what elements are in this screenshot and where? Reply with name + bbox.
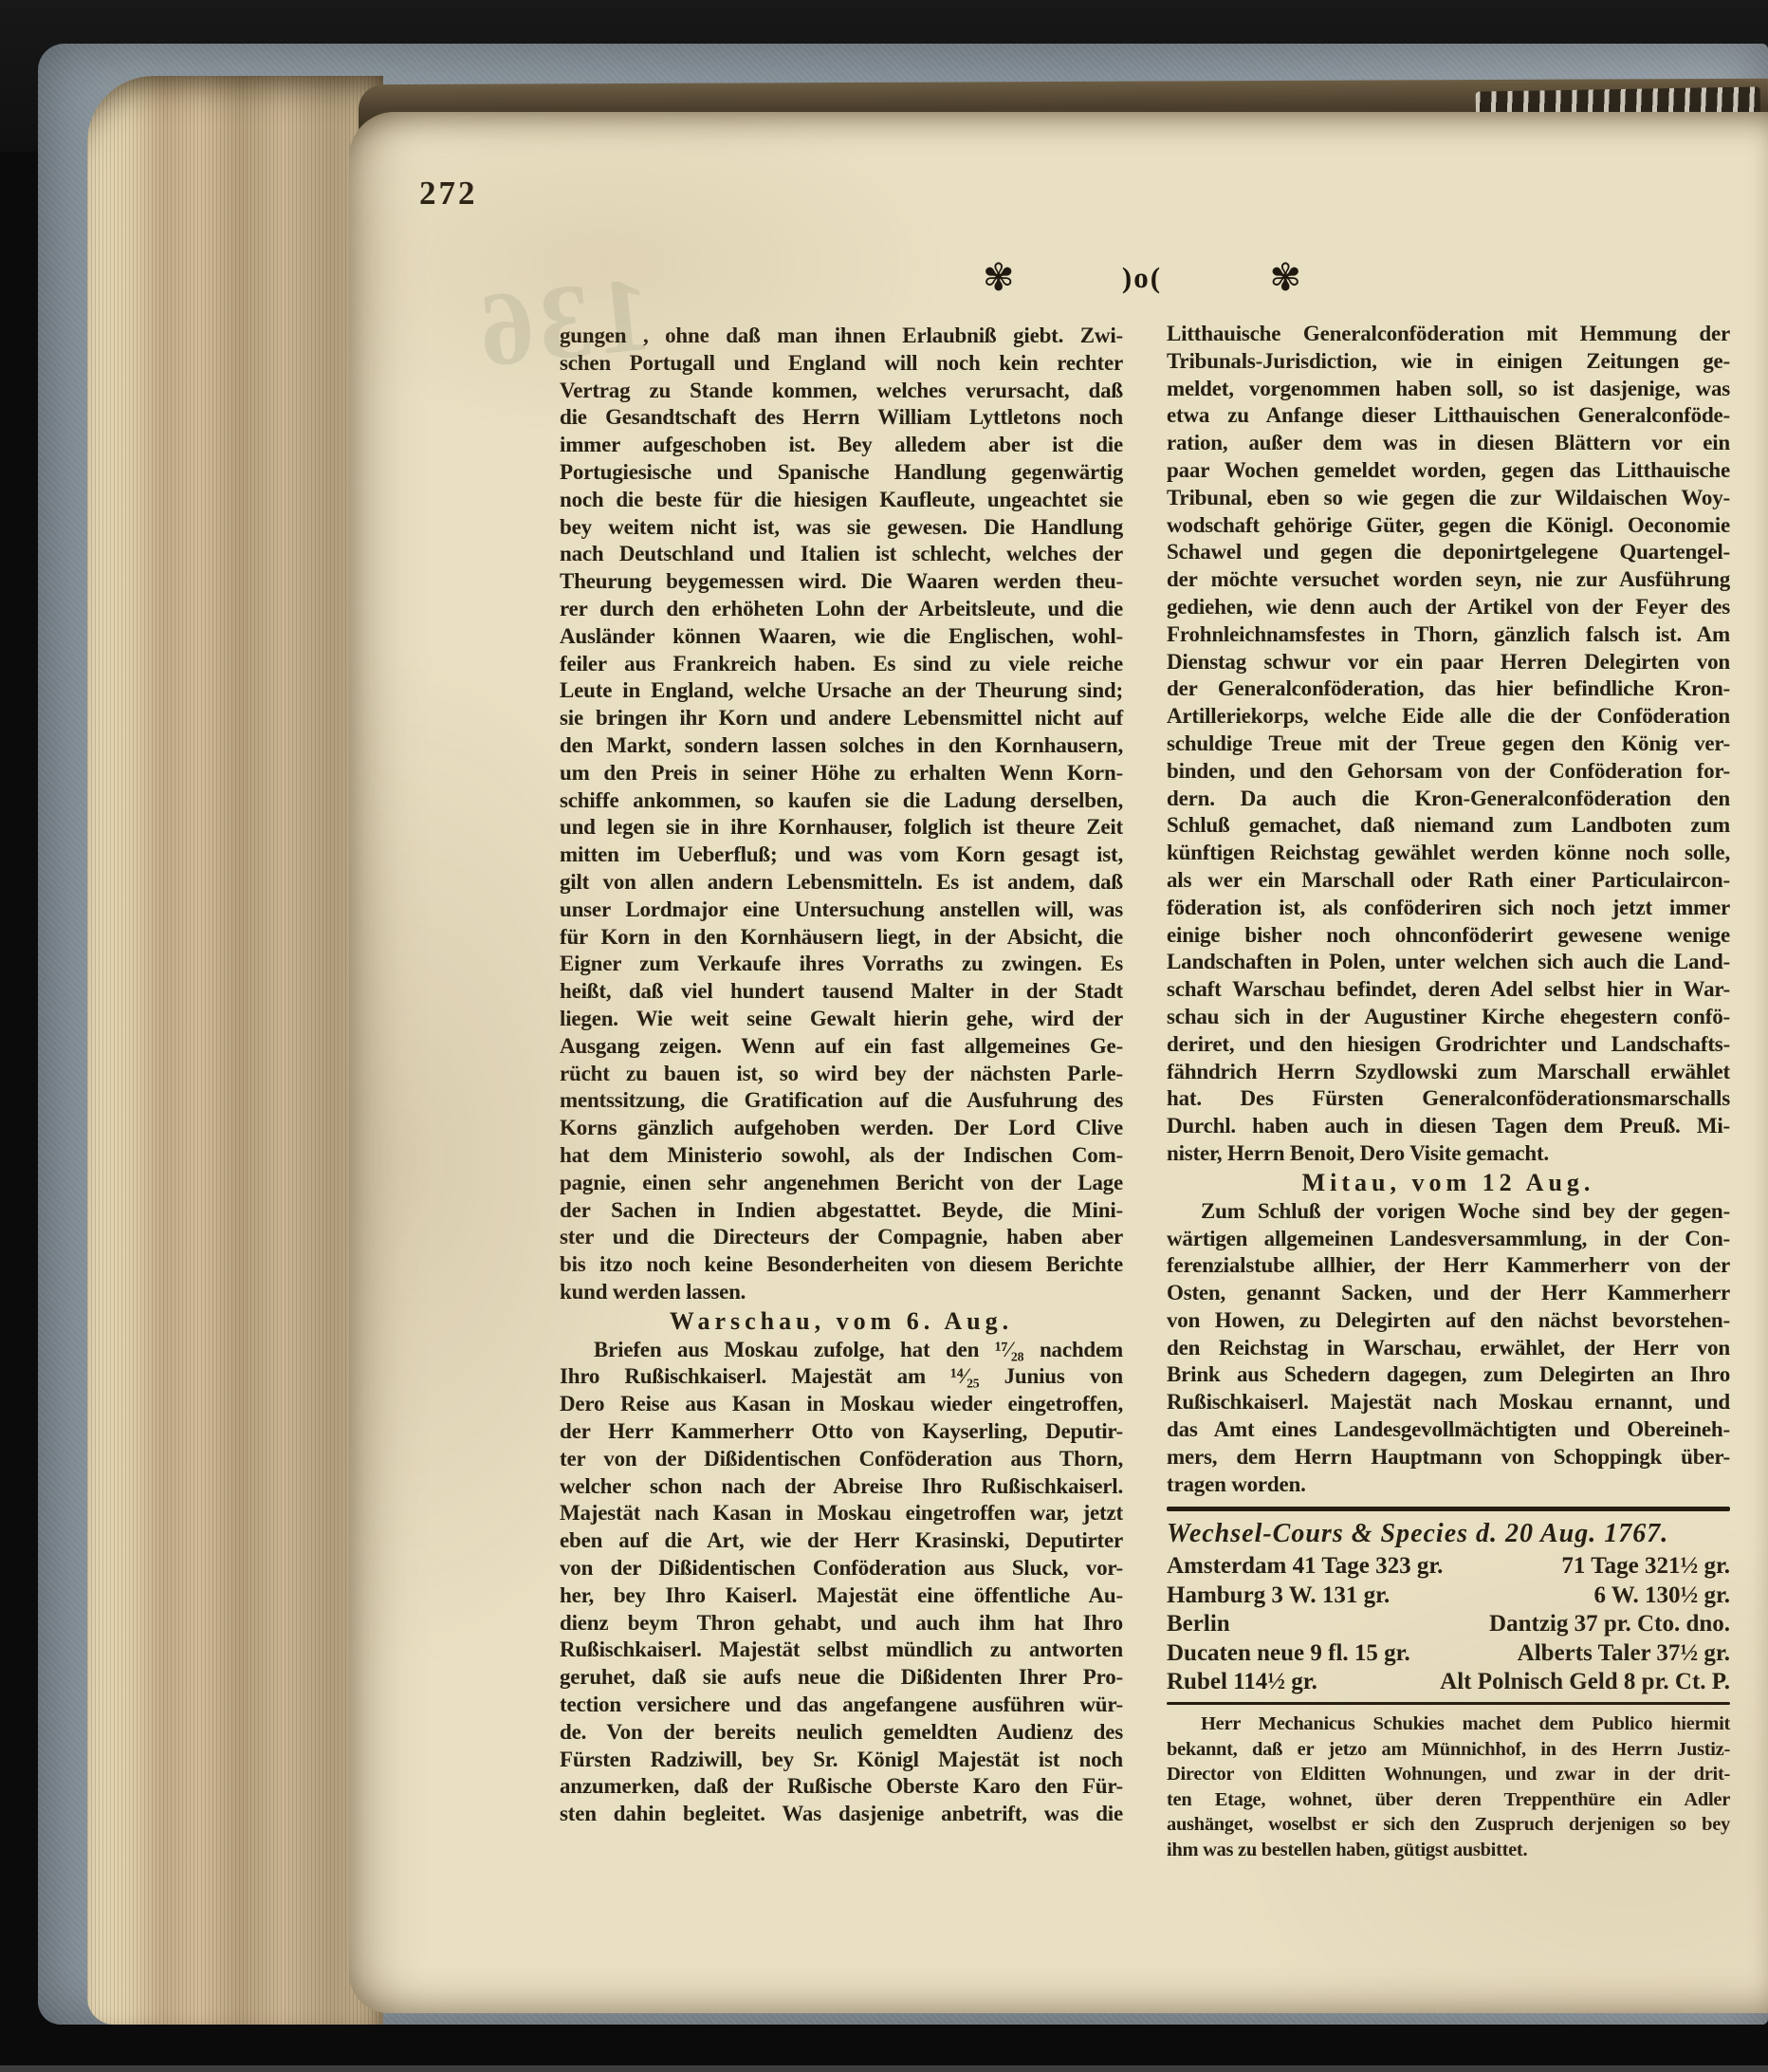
text-line: noch die beste für die hiesigen Kaufleut…: [560, 487, 1123, 514]
exchange-right: 71 Tage 321½ gr.: [1561, 1552, 1730, 1582]
book-photo: 136 272 ✾ )o( ✾ gungen , ohne daß man ih…: [0, 0, 1768, 2072]
left-column: gungen , ohne daß man ihnen Erlaubniß gi…: [560, 323, 1123, 1828]
exchange-header: Wechsel-Cours & Species d. 20 Aug. 1767.: [1167, 1516, 1730, 1552]
text-line: nach Deutschland und Italien ist schlech…: [560, 541, 1123, 568]
text-line: Fürsten Radziwill, bey Sr. Königl Majest…: [560, 1747, 1123, 1774]
exchange-row: Hamburg 3 W. 131 gr.6 W. 130½ gr.: [1167, 1582, 1730, 1611]
scan-edge: [0, 2065, 1768, 2072]
text-line: paar Wochen gemeldet worden, gegen das L…: [1167, 457, 1730, 485]
divider-rule: [1167, 1507, 1730, 1511]
text-line: sie bringen ihr Korn und andere Lebensmi…: [560, 705, 1123, 732]
text-line: rücht zu bauen ist, so wird bey der näch…: [560, 1061, 1123, 1088]
text-line: Rußischkaiserl. Majestät nach Moskau ern…: [1167, 1389, 1730, 1416]
text-line: hat. Des Fürsten Generalconföderationsma…: [1167, 1085, 1730, 1113]
text-line: mentssitzung, die Gratification auf die …: [560, 1087, 1123, 1115]
text-line: Litthauische Generalconföderation mit He…: [1167, 321, 1730, 348]
text-line: heißt, daß viel hundert tausend Malter i…: [560, 978, 1123, 1006]
text-line: etwa zu Anfange dieser Litthauischen Gen…: [1167, 402, 1730, 430]
text-line: Korns gänzlich aufgehoben werden. Der Lo…: [560, 1115, 1123, 1142]
text-line: binden, und den Gehorsam von der Conföde…: [1167, 758, 1730, 786]
text-line: von der Dißidentischen Conföderation aus…: [560, 1555, 1123, 1582]
exchange-right: Alberts Taler 37½ gr.: [1518, 1639, 1730, 1669]
exchange-left: Berlin: [1167, 1610, 1230, 1639]
notice-line: ihm was zu bestellen haben, gütigst ausb…: [1167, 1838, 1730, 1863]
text-line: welcher schon nach der Abreise Ihro Rußi…: [560, 1473, 1123, 1501]
exchange-left: Hamburg 3 W. 131 gr.: [1167, 1582, 1390, 1611]
text-line: Tribunal, eben so wie gegen die zur Wild…: [1167, 485, 1730, 512]
text-line: ferenzialstube allhier, der Herr Kammerh…: [1167, 1252, 1730, 1280]
book-page: 136 272 ✾ )o( ✾ gungen , ohne daß man ih…: [349, 112, 1768, 2013]
text-line: meldet, vorgenommen haben soll, so ist d…: [1167, 376, 1730, 403]
text-line: schen Portugall und England will noch ke…: [560, 350, 1123, 378]
text-line: von Howen, zu Delegirten auf den nächst …: [1167, 1307, 1730, 1335]
text-line: mers, dem Herrn Hauptmann von Schoppingk…: [1167, 1444, 1730, 1471]
text-line: mitten im Ueberfluß; und was vom Korn ge…: [560, 842, 1123, 869]
text-line: die Gesandtschaft des Herrn William Lytt…: [560, 404, 1123, 432]
text-line: rer durch den erhöheten Lohn der Arbeits…: [560, 596, 1123, 623]
text-line: Landschaften in Polen, unter welchen sic…: [1167, 949, 1730, 976]
text-line: wärtigen allgemeinen Landesversammlung, …: [1167, 1226, 1730, 1253]
text-line: Durchl. haben auch in diesen Tagen dem P…: [1167, 1113, 1730, 1140]
text-line: schaft Warschau befindet, deren Adel sel…: [1167, 976, 1730, 1004]
text-line: Leute in England, welche Ursache an der …: [560, 677, 1123, 705]
exchange-left: Ducaten neue 9 fl. 15 gr.: [1167, 1639, 1410, 1669]
divider-rule: [1167, 1702, 1730, 1705]
text-line: ration, außer dem was in diesen Blättern…: [1167, 430, 1730, 457]
text-line: sten dahin begleitet. Was dasjenige anbe…: [560, 1801, 1123, 1828]
text-line: immer aufgeschoben ist. Bey alledem aber…: [560, 432, 1123, 459]
text-line: den Markt, sondern lassen solches in den…: [560, 732, 1123, 760]
text-line: bis itzo noch keine Besonderheiten von d…: [560, 1251, 1123, 1279]
notice-line: Herr Mechanicus Schukies machet dem Publ…: [1167, 1711, 1730, 1737]
text-line: pagnie, einen sehr angenehmen Bericht vo…: [560, 1170, 1123, 1197]
header-ornaments: ✾ )o( ✾: [983, 256, 1301, 300]
text-line: Dero Reise aus Kasan in Moskau wieder ei…: [560, 1391, 1123, 1418]
fleuron-icon: ✾: [983, 256, 1015, 300]
text-line: Brink aus Schedern dagegen, zum Delegirt…: [1167, 1361, 1730, 1389]
right-column: Litthauische Generalconföderation mit He…: [1167, 321, 1730, 1863]
text-line: gungen , ohne daß man ihnen Erlaubniß gi…: [560, 323, 1123, 350]
text-line: bey weitem nicht ist, was sie gewesen. D…: [560, 514, 1123, 542]
text-line: und legen sie in ihre Kornhauser, folgli…: [560, 814, 1123, 842]
exchange-row: Amsterdam 41 Tage 323 gr.71 Tage 321½ gr…: [1167, 1552, 1730, 1582]
text-line: de. Von der bereits neulich gemeldten Au…: [560, 1719, 1123, 1747]
notice-line: Director von Elditten Wohnungen, und zwa…: [1167, 1762, 1730, 1787]
text-line: Portugiesische und Spanische Handlung ge…: [560, 459, 1123, 487]
exchange-right: 6 W. 130½ gr.: [1593, 1582, 1730, 1611]
text-line: schuldige Treue mit der Treue gegen den …: [1167, 731, 1730, 758]
text-line: Ausgang zeigen. Wenn auf ein fast allgem…: [560, 1033, 1123, 1061]
text-line: Schluß gemachet, daß niemand zum Landbot…: [1167, 812, 1730, 840]
exchange-right: Dantzig 37 pr. Cto. dno.: [1489, 1610, 1730, 1639]
text-line: wodschaft gehörige Güter, gegen die Köni…: [1167, 512, 1730, 540]
text-line: liegen. Wie weit seine Gewalt hierin geh…: [560, 1006, 1123, 1033]
text-line: als wer ein Marschall oder Rath einer Pa…: [1167, 867, 1730, 895]
text-line: dienz beym Thron gehabt, und auch ihm ha…: [560, 1610, 1123, 1637]
text-line: fähndrich Herrn Szydlowski zum Marschall…: [1167, 1059, 1730, 1086]
text-line: geruhet, daß sie aufs neue die Dißidente…: [560, 1664, 1123, 1692]
text-line: dern. Da auch die Kron-Generalconföderat…: [1167, 786, 1730, 813]
text-line: Majestät nach Kasan in Moskau eingetroff…: [560, 1500, 1123, 1527]
text-line: Artilleriekorps, welche Eide alle die de…: [1167, 703, 1730, 731]
exchange-left: Rubel 114½ gr.: [1167, 1668, 1317, 1697]
text-line: Zum Schluß der vorigen Woche sind bey de…: [1167, 1198, 1730, 1226]
text-line: eben auf die Art, wie der Herr Krasinski…: [560, 1527, 1123, 1555]
text-line: deriret, und den hiesigen Grodrichter un…: [1167, 1031, 1730, 1059]
text-line: Briefen aus Moskau zufolge, hat den ¹⁷⁄₂…: [560, 1337, 1123, 1364]
notice-line: bekannt, daß er jetzo am Münnichhof, in …: [1167, 1737, 1730, 1763]
text-line: Frohnleichnamsfestes in Thorn, gänzlich …: [1167, 621, 1730, 649]
text-line: schiffe ankommen, so kaufen sie die Ladu…: [560, 787, 1123, 815]
text-line: Tribunals-Jurisdiction, wie in einigen Z…: [1167, 348, 1730, 376]
exchange-row: Ducaten neue 9 fl. 15 gr.Alberts Taler 3…: [1167, 1639, 1730, 1669]
text-line: kund werden lassen.: [560, 1279, 1123, 1306]
text-line: unser Lordmajor eine Untersuchung anstel…: [560, 897, 1123, 924]
text-line: der Sachen in Indien abgestattet. Beyde,…: [560, 1197, 1123, 1225]
section-heading: Warschau, vom 6. Aug.: [560, 1306, 1123, 1337]
text-line: hat dem Ministerio sowohl, als der Indis…: [560, 1142, 1123, 1170]
text-line: Dienstag schwur vor ein paar Herren Dele…: [1167, 649, 1730, 676]
text-line: feiler aus Frankreich haben. Es sind zu …: [560, 651, 1123, 678]
text-line: einige bisher noch ohnconföderirt gewese…: [1167, 922, 1730, 950]
notice-line: ten Etage, wohnet, über deren Treppenthü…: [1167, 1787, 1730, 1813]
page-number: 272: [419, 175, 478, 213]
text-line: ter von der Dißidentischen Conföderation…: [560, 1446, 1123, 1473]
text-line: Schawel und gegen die deponirtgelegene Q…: [1167, 539, 1730, 566]
text-line: um den Preis in seiner Höhe zu erhalten …: [560, 760, 1123, 787]
text-line: tection versichere und das angefangene a…: [560, 1692, 1123, 1719]
text-line: Osten, genannt Sacken, und der Herr Kamm…: [1167, 1280, 1730, 1307]
text-line: föderation ist, als conföderiren sich no…: [1167, 895, 1730, 922]
text-line: tragen worden.: [1167, 1471, 1730, 1499]
text-line: künftigen Reichstag gewählet werden könn…: [1167, 840, 1730, 867]
text-line: gediehen, wie denn auch der Artikel von …: [1167, 594, 1730, 621]
exchange-row: BerlinDantzig 37 pr. Cto. dno.: [1167, 1610, 1730, 1639]
text-line: das Amt eines Landesgevollmächtigten und…: [1167, 1416, 1730, 1444]
text-line: Theurung beygemessen wird. Die Waaren we…: [560, 568, 1123, 596]
section-heading: Mitau, vom 12 Aug.: [1167, 1168, 1730, 1198]
text-line: Rußischkaiserl. Majestät selbst mündlich…: [560, 1637, 1123, 1664]
text-line: Ausländer können Waaren, wie die Englisc…: [560, 623, 1123, 651]
text-line: den Reichstag in Warschau, erwählet, der…: [1167, 1335, 1730, 1362]
text-line: Ihro Rußischkaiserl. Majestät am ¹⁴⁄₂₅ J…: [560, 1363, 1123, 1391]
text-line: der Generalconföderation, das hier befin…: [1167, 675, 1730, 703]
text-line: der möchte versuchet worden seyn, nie zu…: [1167, 566, 1730, 594]
notice-line: aushänget, woselbst er sich den Zuspruch…: [1167, 1812, 1730, 1838]
text-line: her, bey Ihro Kaiserl. Majestät eine öff…: [560, 1582, 1123, 1610]
exchange-row: Rubel 114½ gr.Alt Polnisch Geld 8 pr. Ct…: [1167, 1668, 1730, 1697]
text-line: nister, Herrn Benoit, Dero Visite gemach…: [1167, 1140, 1730, 1168]
text-line: anzumerken, daß der Rußische Oberste Kar…: [560, 1773, 1123, 1801]
text-line: für Korn in den Kornhäusern liegt, in de…: [560, 924, 1123, 952]
fleuron-icon: ✾: [1269, 256, 1301, 300]
center-ornament: )o(: [1122, 261, 1162, 295]
text-line: der Herr Kammerherr Otto von Kayserling,…: [560, 1418, 1123, 1446]
page-edge-stack: [87, 76, 383, 2025]
text-line: Vertrag zu Stande kommen, welches verurs…: [560, 378, 1123, 405]
text-line: Eigner zum Verkaufe ihres Vorraths zu zw…: [560, 951, 1123, 978]
exchange-left: Amsterdam 41 Tage 323 gr.: [1167, 1552, 1443, 1582]
text-line: gilt von allen andern Lebensmitteln. Es …: [560, 869, 1123, 897]
text-line: schau sich in der Augustiner Kirche eheg…: [1167, 1004, 1730, 1031]
exchange-right: Alt Polnisch Geld 8 pr. Ct. P.: [1440, 1668, 1730, 1697]
text-line: ster und die Directeurs der Compagnie, h…: [560, 1224, 1123, 1251]
